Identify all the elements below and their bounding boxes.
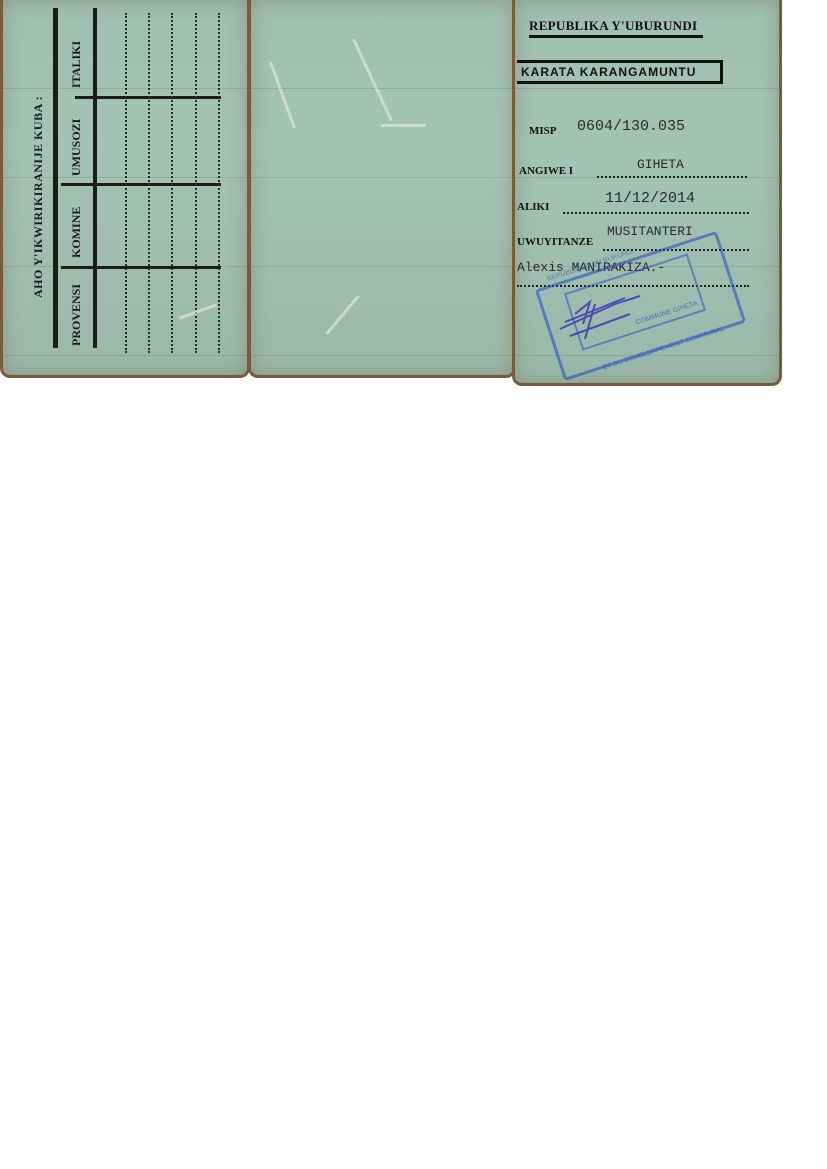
issued-at-label: ANGIWE I <box>519 165 573 177</box>
issuer-title-label: UWUYITANZE <box>517 236 593 248</box>
card-panel-right: REPUBLIKA Y'UBURUNDI KARATA KARANGAMUNTU… <box>512 0 782 386</box>
misp-value: 0604/130.035 <box>577 118 685 135</box>
date-label: ALIKI <box>517 201 549 213</box>
column-divider <box>61 183 221 186</box>
entry-line <box>195 13 197 353</box>
crease-mark <box>325 295 359 335</box>
card-title: KARATA KARANGAMUNTU <box>517 60 723 84</box>
entry-line <box>218 13 220 353</box>
issuer-title-value: MUSITANTERI <box>607 224 693 239</box>
table-border-line <box>53 8 58 348</box>
crease-mark <box>269 62 296 129</box>
entry-line <box>171 13 173 353</box>
issued-at-value: GIHETA <box>637 157 684 172</box>
header-underline <box>529 35 703 38</box>
table-header-line <box>93 8 97 348</box>
residence-table-title: AHO Y'IKWIRIKIRANIJE KUBA : <box>31 96 46 298</box>
misp-label: MISP <box>529 125 557 137</box>
issued-at-dots <box>597 176 747 178</box>
column-umusozi: UMUSOZI <box>69 119 84 176</box>
card-panel-middle <box>248 0 516 378</box>
column-komine: KOMINE <box>69 207 84 258</box>
column-provensi: PROVENSI <box>69 284 84 346</box>
crease-mark <box>352 39 393 122</box>
date-dots <box>563 212 749 214</box>
column-divider <box>61 266 221 269</box>
column-italiki: ITALIKI <box>69 41 84 88</box>
signature-icon <box>555 284 655 344</box>
entry-line <box>148 13 150 353</box>
country-header: REPUBLIKA Y'UBURUNDI <box>529 18 697 34</box>
entry-line <box>125 13 127 353</box>
date-value: 11/12/2014 <box>605 190 695 207</box>
card-panel-left: AHO Y'IKWIRIKIRANIJE KUBA : PROVENSI KOM… <box>0 0 250 378</box>
crease-mark <box>381 124 426 127</box>
residence-history-table: AHO Y'IKWIRIKIRANIJE KUBA : PROVENSI KOM… <box>13 8 243 353</box>
identity-card: AHO Y'IKWIRIKIRANIJE KUBA : PROVENSI KOM… <box>0 0 790 388</box>
